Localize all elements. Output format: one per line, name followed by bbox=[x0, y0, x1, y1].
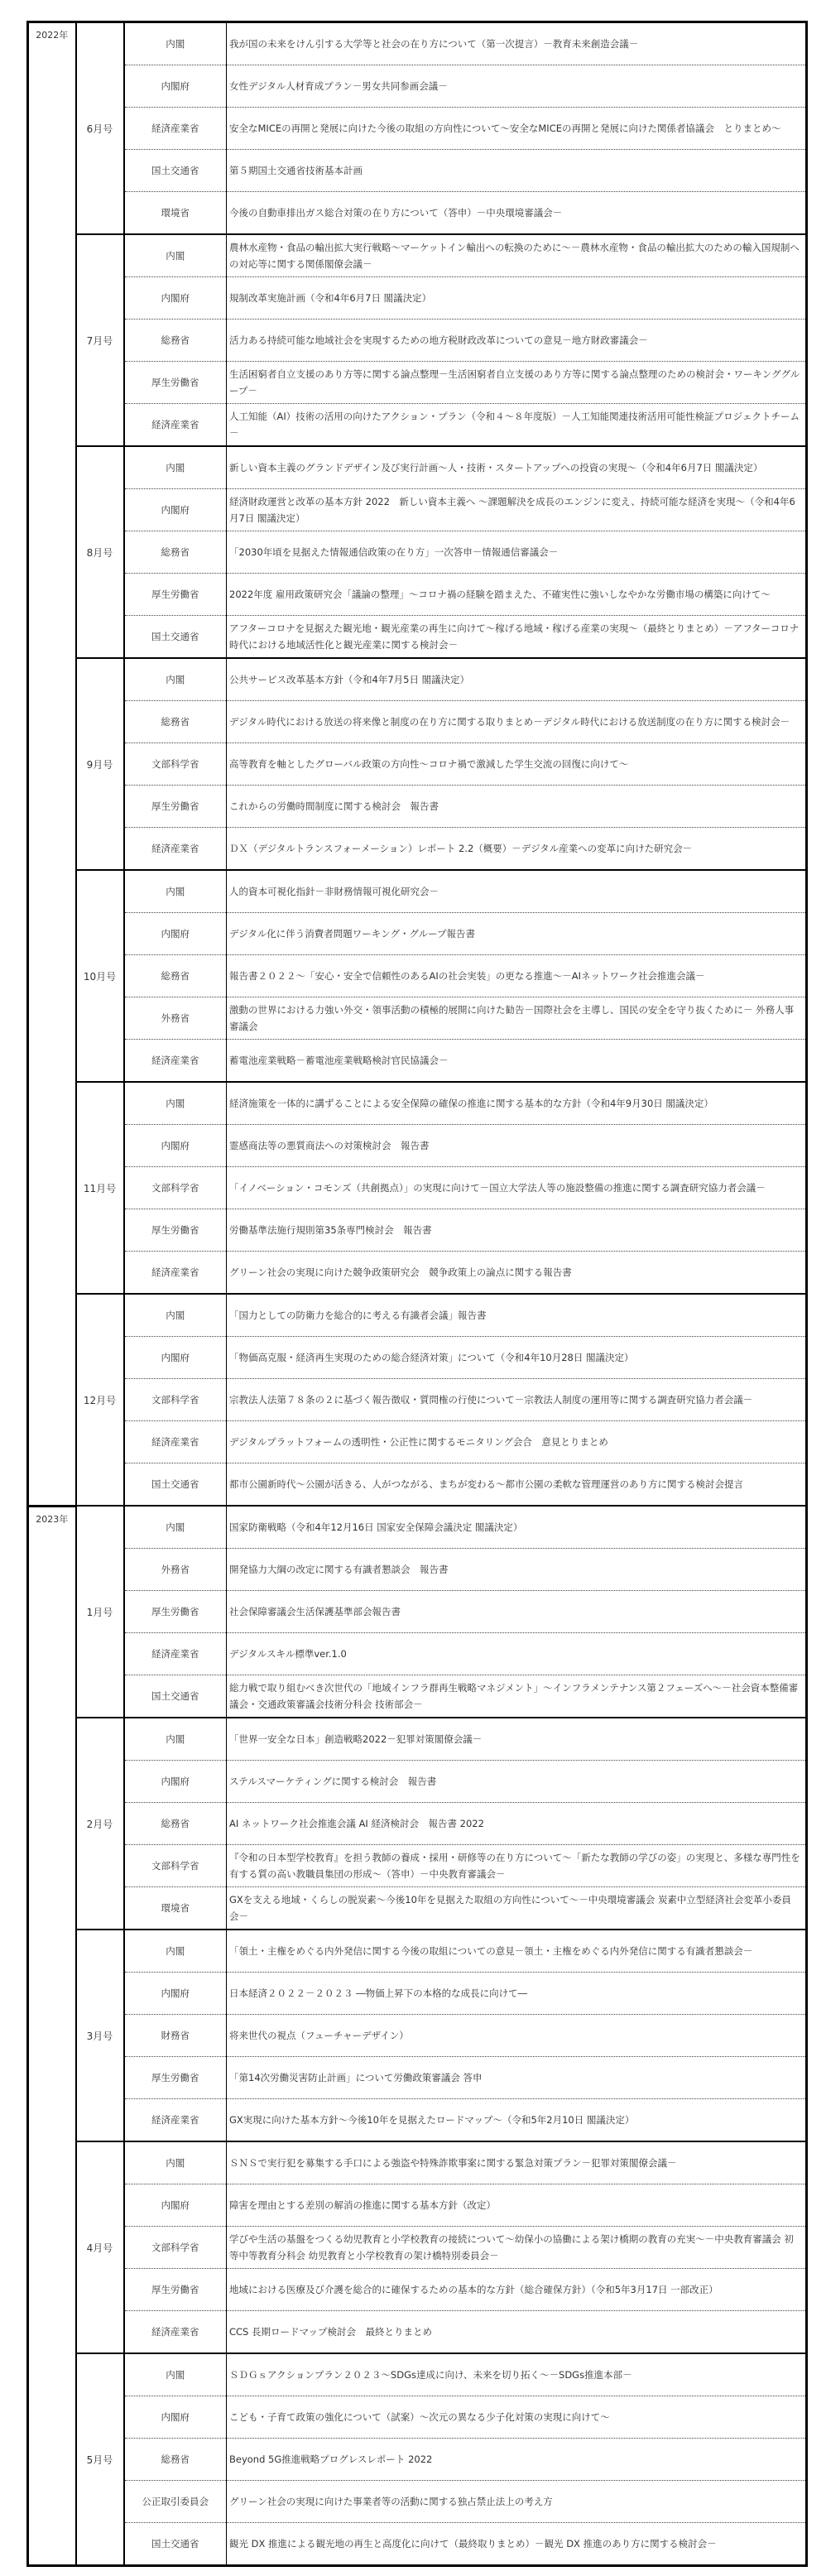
document-title: 総力戦で取り組むべき次世代の「地域インフラ群再生戦略マネジメント」～インフラメン… bbox=[227, 1675, 807, 1718]
agency-name: 総務省 bbox=[124, 531, 227, 574]
document-title: Beyond 5G推進戦略プログレスレポート 2022 bbox=[227, 2439, 807, 2481]
agency-name: 厚生労働省 bbox=[124, 2057, 227, 2099]
agency-name: 公正取引委員会 bbox=[124, 2481, 227, 2523]
agency-name: 外務省 bbox=[124, 1549, 227, 1591]
table-row: 総務省Beyond 5G推進戦略プログレスレポート 2022 bbox=[28, 2439, 807, 2481]
agency-name: 経済産業省 bbox=[124, 1421, 227, 1463]
table-row: 文部科学省「イノベーション・コモンズ（共創拠点）」の実現に向けて－国立大学法人等… bbox=[28, 1167, 807, 1209]
document-title: 霊感商法等の悪質商法への対策検討会 報告書 bbox=[227, 1125, 807, 1167]
table-row: 文部科学省『令和の日本型学校教育』を担う教師の養成・採用・研修等の在り方について… bbox=[28, 1845, 807, 1887]
document-title: 安全なMICEの再開と発展に向けた今後の取組の方向性について～安全なMICEの再… bbox=[227, 108, 807, 150]
table-row: 5月号内閣ＳＤＧｓアクションプラン２０２３～SDGs達成に向け、未来を切り拓く～… bbox=[28, 2353, 807, 2396]
table-row: 文部科学省学びや生活の基盤をつくる幼児教育と小学校教育の接続について～幼保小の協… bbox=[28, 2227, 807, 2269]
agency-name: 文部科学省 bbox=[124, 1845, 227, 1887]
table-row: 8月号内閣新しい資本主義のグランドデザイン及び実行計画～人・技術・スタートアップ… bbox=[28, 446, 807, 489]
table-row: 総務省AI ネットワーク社会推進会議 AI 経済検討会 報告書 2022 bbox=[28, 1803, 807, 1845]
agency-name: 総務省 bbox=[124, 1803, 227, 1845]
table-row: 文部科学省高等教育を軸としたグローバル政策の方向性～コロナ禍で激減した学生交流の… bbox=[28, 743, 807, 786]
table-row: 4月号内閣ＳＮＳで実行犯を募集する手口による強盗や特殊詐欺事案に関する緊急対策プ… bbox=[28, 2141, 807, 2184]
table-row: 公正取引委員会グリーン社会の実現に向けた事業者等の活動に関する独占禁止法上の考え… bbox=[28, 2481, 807, 2523]
agency-name: 厚生労働省 bbox=[124, 362, 227, 404]
agency-name: 内閣府 bbox=[124, 1973, 227, 2015]
document-title: 活力ある持続可能な地域社会を実現するための地方税財政改革についての意見－地方財政… bbox=[227, 320, 807, 362]
document-title: 公共サービス改革基本方針（令和4年7月5日 閣議決定） bbox=[227, 658, 807, 701]
agency-name: 厚生労働省 bbox=[124, 786, 227, 828]
table-row: 11月号内閣経済施策を一体的に講ずることによる安全保障の確保の推進に関する基本的… bbox=[28, 1082, 807, 1125]
agency-name: 内閣 bbox=[124, 870, 227, 913]
document-title: 開発協力大綱の改定に関する有識者懇談会 報告書 bbox=[227, 1549, 807, 1591]
agency-name: 厚生労働省 bbox=[124, 574, 227, 616]
year-label: 2023年 bbox=[28, 1506, 76, 2566]
table-row: 外務省激動の世界における力強い外交・領事活動の積極的展開に向けた勧告－国際社会を… bbox=[28, 997, 807, 1040]
month-issue-label: 12月号 bbox=[76, 1294, 124, 1506]
month-issue-label: 9月号 bbox=[76, 658, 124, 870]
table-row: 国土交通省総力戦で取り組むべき次世代の「地域インフラ群再生戦略マネジメント」～イ… bbox=[28, 1675, 807, 1718]
table-row: 環境省GXを支える地域・くらしの脱炭素～今後10年を見据えた取組の方向性について… bbox=[28, 1887, 807, 1930]
table-row: 経済産業省人工知能（AI）技術の活用の向けたアクション・プラン（令和４～８年度版… bbox=[28, 404, 807, 447]
table-row: 内閣府霊感商法等の悪質商法への対策検討会 報告書 bbox=[28, 1125, 807, 1167]
document-title: 蓄電池産業戦略－蓄電池産業戦略検討官民協議会－ bbox=[227, 1040, 807, 1083]
document-title: 日本経済２０２２－２０２３ ―物価上昇下の本格的な成長に向けて― bbox=[227, 1973, 807, 2015]
agency-name: 総務省 bbox=[124, 2439, 227, 2481]
table-row: 経済産業省ＤＸ（デジタルトランスフォーメーション）レポート 2.2（概要）－デジ… bbox=[28, 828, 807, 871]
month-issue-label: 4月号 bbox=[76, 2141, 124, 2353]
agency-name: 内閣府 bbox=[124, 277, 227, 320]
agency-name: 総務省 bbox=[124, 701, 227, 743]
agency-name: 経済産業省 bbox=[124, 1633, 227, 1675]
agency-name: 内閣 bbox=[124, 1294, 227, 1337]
month-issue-label: 2月号 bbox=[76, 1718, 124, 1930]
agency-name: 経済産業省 bbox=[124, 828, 227, 871]
document-title: 「国力としての防衛力を総合的に考える有識者会議」報告書 bbox=[227, 1294, 807, 1337]
agency-name: 厚生労働省 bbox=[124, 1209, 227, 1252]
table-row: 経済産業省GX実現に向けた基本方針～今後10年を見据えたロードマップ～（令和5年… bbox=[28, 2099, 807, 2142]
table-row: 国土交通省第５期国土交通省技術基本計画 bbox=[28, 150, 807, 192]
table-row: 経済産業省デジタルプラットフォームの透明性・公正性に関するモニタリング会合 意見… bbox=[28, 1421, 807, 1463]
table-row: 内閣府障害を理由とする差別の解消の推進に関する基本方針（改定） bbox=[28, 2184, 807, 2227]
table-row: 文部科学省宗教法人法第７８条の２に基づく報告徴収・質問権の行使について－宗教法人… bbox=[28, 1379, 807, 1421]
document-title: 『令和の日本型学校教育』を担う教師の養成・採用・研修等の在り方について～「新たな… bbox=[227, 1845, 807, 1887]
agency-name: 内閣 bbox=[124, 1930, 227, 1973]
document-title: 社会保障審議会生活保護基準部会報告書 bbox=[227, 1591, 807, 1633]
document-title: こども・子育て政策の強化について（試案）～次元の異なる少子化対策の実現に向けて～ bbox=[227, 2396, 807, 2439]
table-row: 10月号内閣人的資本可視化指針－非財務情報可視化研究会－ bbox=[28, 870, 807, 913]
month-issue-label: 1月号 bbox=[76, 1506, 124, 1718]
document-title: 規制改革実施計画（令和4年6月7日 閣議決定） bbox=[227, 277, 807, 320]
document-title: GXを支える地域・くらしの脱炭素～今後10年を見据えた取組の方向性について～－中… bbox=[227, 1887, 807, 1930]
table-row: 国土交通省アフターコロナを見据えた観光地・観光産業の再生に向けて～稼げる地域・稼… bbox=[28, 616, 807, 659]
document-title: 「物価高克服・経済再生実現のための総合経済対策」について（令和4年10月28日 … bbox=[227, 1337, 807, 1379]
agency-name: 内閣府 bbox=[124, 1761, 227, 1803]
table-row: 内閣府こども・子育て政策の強化について（試案）～次元の異なる少子化対策の実現に向… bbox=[28, 2396, 807, 2439]
agency-name: 国土交通省 bbox=[124, 150, 227, 192]
month-issue-label: 6月号 bbox=[76, 22, 124, 235]
month-issue-label: 3月号 bbox=[76, 1930, 124, 2141]
table-row: 総務省デジタル時代における放送の将来像と制度の在り方に関する取りまとめ－デジタル… bbox=[28, 701, 807, 743]
document-title: 激動の世界における力強い外交・領事活動の積極的展開に向けた勧告－国際社会を主導し… bbox=[227, 997, 807, 1040]
agency-name: 財務省 bbox=[124, 2015, 227, 2057]
table-row: 国土交通省観光 DX 推進による観光地の再生と高度化に向けて（最終取りまとめ）－… bbox=[28, 2523, 807, 2566]
agency-name: 内閣 bbox=[124, 446, 227, 489]
agency-name: 内閣 bbox=[124, 1082, 227, 1125]
document-title: グリーン社会の実現に向けた事業者等の活動に関する独占禁止法上の考え方 bbox=[227, 2481, 807, 2523]
document-title: ＳＤＧｓアクションプラン２０２３～SDGs達成に向け、未来を切り拓く～－SDGs… bbox=[227, 2353, 807, 2396]
document-title: 観光 DX 推進による観光地の再生と高度化に向けて（最終取りまとめ）－観光 DX… bbox=[227, 2523, 807, 2566]
month-issue-label: 10月号 bbox=[76, 870, 124, 1082]
document-title: 生活困窮者自立支援のあり方等に関する論点整理－生活困窮者自立支援のあり方等に関す… bbox=[227, 362, 807, 404]
document-title: デジタル時代における放送の将来像と制度の在り方に関する取りまとめ－デジタル時代に… bbox=[227, 701, 807, 743]
agency-name: 文部科学省 bbox=[124, 1379, 227, 1421]
table-row: 経済産業省グリーン社会の実現に向けた競争政策研究会 競争政策上の論点に関する報告… bbox=[28, 1252, 807, 1295]
agency-name: 内閣府 bbox=[124, 2184, 227, 2227]
document-title: 女性デジタル人材育成プラン－男女共同参画会議－ bbox=[227, 65, 807, 108]
table-row: 総務省「2030年頃を見据えた情報通信政策の在り方」一次答申－情報通信審議会－ bbox=[28, 531, 807, 574]
document-title: 「イノベーション・コモンズ（共創拠点）」の実現に向けて－国立大学法人等の施設整備… bbox=[227, 1167, 807, 1209]
table-row: 総務省報告書２０２２～「安心・安全で信頼性のあるAIの社会実装」の更なる推進～－… bbox=[28, 955, 807, 997]
agency-name: 文部科学省 bbox=[124, 743, 227, 786]
document-title: ステルスマーケティングに関する検討会 報告書 bbox=[227, 1761, 807, 1803]
document-title: デジタルプラットフォームの透明性・公正性に関するモニタリング会合 意見とりまとめ bbox=[227, 1421, 807, 1463]
table-row: 内閣府日本経済２０２２－２０２３ ―物価上昇下の本格的な成長に向けて― bbox=[28, 1973, 807, 2015]
agency-name: 総務省 bbox=[124, 955, 227, 997]
document-title: アフターコロナを見据えた観光地・観光産業の再生に向けて～稼げる地域・稼げる産業の… bbox=[227, 616, 807, 659]
document-title: 第５期国土交通省技術基本計画 bbox=[227, 150, 807, 192]
document-title: 「第14次労働災害防止計画」について労働政策審議会 答申 bbox=[227, 2057, 807, 2099]
document-title: 農林水産物・食品の輸出拡大実行戦略～マーケットイン輸出への転換のために～－農林水… bbox=[227, 234, 807, 277]
table-row: 経済産業省安全なMICEの再開と発展に向けた今後の取組の方向性について～安全なM… bbox=[28, 108, 807, 150]
agency-name: 経済産業省 bbox=[124, 108, 227, 150]
document-title: デジタルスキル標準ver.1.0 bbox=[227, 1633, 807, 1675]
document-title: CCS 長期ロードマップ検討会 最終とりまとめ bbox=[227, 2311, 807, 2354]
document-title: 人的資本可視化指針－非財務情報可視化研究会－ bbox=[227, 870, 807, 913]
month-issue-label: 5月号 bbox=[76, 2353, 124, 2566]
table-row: 内閣府「物価高克服・経済再生実現のための総合経済対策」について（令和4年10月2… bbox=[28, 1337, 807, 1379]
agency-name: 経済産業省 bbox=[124, 1040, 227, 1083]
table-row: 環境省今後の自動車排出ガス総合対策の在り方について（答申）－中央環境審議会－ bbox=[28, 192, 807, 235]
agency-name: 文部科学省 bbox=[124, 2227, 227, 2269]
agency-name: 総務省 bbox=[124, 320, 227, 362]
table-row: 内閣府ステルスマーケティングに関する検討会 報告書 bbox=[28, 1761, 807, 1803]
document-title: 高等教育を軸としたグローバル政策の方向性～コロナ禍で激減した学生交流の回復に向け… bbox=[227, 743, 807, 786]
table-row: 厚生労働省2022年度 雇用政策研究会「議論の整理」～コロナ禍の経験を踏まえた、… bbox=[28, 574, 807, 616]
agency-name: 内閣 bbox=[124, 2353, 227, 2396]
agency-name: 経済産業省 bbox=[124, 2099, 227, 2142]
agency-name: 内閣府 bbox=[124, 2396, 227, 2439]
table-row: 総務省活力ある持続可能な地域社会を実現するための地方税財政改革についての意見－地… bbox=[28, 320, 807, 362]
agency-name: 外務省 bbox=[124, 997, 227, 1040]
agency-name: 国土交通省 bbox=[124, 2523, 227, 2566]
document-title: 我が国の未来をけん引する大学等と社会の在り方について（第一次提言）－教育未来創造… bbox=[227, 22, 807, 65]
document-title: これからの労働時間制度に関する検討会 報告書 bbox=[227, 786, 807, 828]
agency-name: 内閣 bbox=[124, 22, 227, 65]
table-row: 3月号内閣「領土・主権をめぐる内外発信に関する今後の取組についての意見－領土・主… bbox=[28, 1930, 807, 1973]
document-title: 報告書２０２２～「安心・安全で信頼性のあるAIの社会実装」の更なる推進～－AIネ… bbox=[227, 955, 807, 997]
agency-name: 経済産業省 bbox=[124, 1252, 227, 1295]
agency-name: 経済産業省 bbox=[124, 404, 227, 447]
table-row: 9月号内閣公共サービス改革基本方針（令和4年7月5日 閣議決定） bbox=[28, 658, 807, 701]
table-row: 経済産業省デジタルスキル標準ver.1.0 bbox=[28, 1633, 807, 1675]
table-row: 経済産業省CCS 長期ロードマップ検討会 最終とりまとめ bbox=[28, 2311, 807, 2354]
document-title: グリーン社会の実現に向けた競争政策研究会 競争政策上の論点に関する報告書 bbox=[227, 1252, 807, 1295]
document-title: 経済施策を一体的に講ずることによる安全保障の確保の推進に関する基本的な方針（令和… bbox=[227, 1082, 807, 1125]
agency-name: 国土交通省 bbox=[124, 1463, 227, 1507]
table-row: 厚生労働省生活困窮者自立支援のあり方等に関する論点整理－生活困窮者自立支援のあり… bbox=[28, 362, 807, 404]
document-title: 宗教法人法第７８条の２に基づく報告徴収・質問権の行使について－宗教法人制度の運用… bbox=[227, 1379, 807, 1421]
document-title: 「2030年頃を見据えた情報通信政策の在り方」一次答申－情報通信審議会－ bbox=[227, 531, 807, 574]
table-row: 厚生労働省社会保障審議会生活保護基準部会報告書 bbox=[28, 1591, 807, 1633]
agency-name: 内閣 bbox=[124, 234, 227, 277]
table-row: 内閣府女性デジタル人材育成プラン－男女共同参画会議－ bbox=[28, 65, 807, 108]
document-title: 「領土・主権をめぐる内外発信に関する今後の取組についての意見－領土・主権をめぐる… bbox=[227, 1930, 807, 1973]
document-title: 国家防衛戦略（令和4年12月16日 国家安全保障会議決定 閣議決定） bbox=[227, 1506, 807, 1549]
document-title: 将来世代の視点（フューチャーデザイン） bbox=[227, 2015, 807, 2057]
document-title: 都市公園新時代～公園が活きる、人がつながる、まちが変わる～都市公園の柔軟な管理運… bbox=[227, 1463, 807, 1507]
document-title: 人工知能（AI）技術の活用の向けたアクション・プラン（令和４～８年度版）－人工知… bbox=[227, 404, 807, 447]
agency-name: 内閣 bbox=[124, 658, 227, 701]
agency-name: 内閣府 bbox=[124, 1125, 227, 1167]
table-row: 財務省将来世代の視点（フューチャーデザイン） bbox=[28, 2015, 807, 2057]
agency-name: 内閣 bbox=[124, 1718, 227, 1761]
document-title: 学びや生活の基盤をつくる幼児教育と小学校教育の接続について～幼保小の協働による架… bbox=[227, 2227, 807, 2269]
agency-name: 内閣 bbox=[124, 1506, 227, 1549]
table-row: 厚生労働省「第14次労働災害防止計画」について労働政策審議会 答申 bbox=[28, 2057, 807, 2099]
table-row: 内閣府経済財政運営と改革の基本方針 2022 新しい資本主義へ ～課題解決を成長… bbox=[28, 489, 807, 531]
document-title: ＤＸ（デジタルトランスフォーメーション）レポート 2.2（概要）－デジタル産業へ… bbox=[227, 828, 807, 871]
document-title: 労働基準法施行規則第35条専門検討会 報告書 bbox=[227, 1209, 807, 1252]
table-row: 外務省開発協力大綱の改定に関する有識者懇談会 報告書 bbox=[28, 1549, 807, 1591]
agency-name: 文部科学省 bbox=[124, 1167, 227, 1209]
document-title: 今後の自動車排出ガス総合対策の在り方について（答申）－中央環境審議会－ bbox=[227, 192, 807, 235]
agency-name: 内閣府 bbox=[124, 1337, 227, 1379]
agency-name: 内閣府 bbox=[124, 913, 227, 955]
table-row: 厚生労働省地域における医療及び介護を総合的に確保するための基本的な方針（総合確保… bbox=[28, 2269, 807, 2311]
table-row: 2月号内閣「世界一安全な日本」創造戦略2022－犯罪対策閣僚会議－ bbox=[28, 1718, 807, 1761]
table-body: 2022年6月号内閣我が国の未来をけん引する大学等と社会の在り方について（第一次… bbox=[28, 22, 807, 2566]
table-row: 経済産業省蓄電池産業戦略－蓄電池産業戦略検討官民協議会－ bbox=[28, 1040, 807, 1083]
document-title: デジタル化に伴う消費者問題ワーキング・グループ報告書 bbox=[227, 913, 807, 955]
document-title: 障害を理由とする差別の解消の推進に関する基本方針（改定） bbox=[227, 2184, 807, 2227]
agency-name: 内閣府 bbox=[124, 65, 227, 108]
table-row: 2022年6月号内閣我が国の未来をけん引する大学等と社会の在り方について（第一次… bbox=[28, 22, 807, 65]
agency-name: 環境省 bbox=[124, 1887, 227, 1930]
table-row: 内閣府規制改革実施計画（令和4年6月7日 閣議決定） bbox=[28, 277, 807, 320]
document-title: 経済財政運営と改革の基本方針 2022 新しい資本主義へ ～課題解決を成長のエン… bbox=[227, 489, 807, 531]
document-title: ＳＮＳで実行犯を募集する手口による強盗や特殊詐欺事案に関する緊急対策プラン－犯罪… bbox=[227, 2141, 807, 2184]
agency-name: 内閣 bbox=[124, 2141, 227, 2184]
table-row: 厚生労働省労働基準法施行規則第35条専門検討会 報告書 bbox=[28, 1209, 807, 1252]
agency-name: 環境省 bbox=[124, 192, 227, 235]
table-row: 2023年1月号内閣国家防衛戦略（令和4年12月16日 国家安全保障会議決定 閣… bbox=[28, 1506, 807, 1549]
table-row: 内閣府デジタル化に伴う消費者問題ワーキング・グループ報告書 bbox=[28, 913, 807, 955]
document-title: 「世界一安全な日本」創造戦略2022－犯罪対策閣僚会議－ bbox=[227, 1718, 807, 1761]
agency-name: 国土交通省 bbox=[124, 1675, 227, 1718]
agency-name: 厚生労働省 bbox=[124, 1591, 227, 1633]
document-title: AI ネットワーク社会推進会議 AI 経済検討会 報告書 2022 bbox=[227, 1803, 807, 1845]
agency-name: 国土交通省 bbox=[124, 616, 227, 659]
document-title: GX実現に向けた基本方針～今後10年を見据えたロードマップ～（令和5年2月10日… bbox=[227, 2099, 807, 2142]
table-row: 12月号内閣「国力としての防衛力を総合的に考える有識者会議」報告書 bbox=[28, 1294, 807, 1337]
agency-name: 内閣府 bbox=[124, 489, 227, 531]
document-title: 2022年度 雇用政策研究会「議論の整理」～コロナ禍の経験を踏まえた、不確実性に… bbox=[227, 574, 807, 616]
agency-name: 経済産業省 bbox=[124, 2311, 227, 2354]
month-issue-label: 8月号 bbox=[76, 446, 124, 658]
year-label: 2022年 bbox=[28, 22, 76, 1507]
month-issue-label: 7月号 bbox=[76, 234, 124, 446]
table-row: 国土交通省都市公園新時代～公園が活きる、人がつながる、まちが変わる～都市公園の柔… bbox=[28, 1463, 807, 1507]
month-issue-label: 11月号 bbox=[76, 1082, 124, 1294]
document-title: 地域における医療及び介護を総合的に確保するための基本的な方針（総合確保方針）（令… bbox=[227, 2269, 807, 2311]
document-title: 新しい資本主義のグランドデザイン及び実行計画～人・技術・スタートアップへの投資の… bbox=[227, 446, 807, 489]
agency-name: 厚生労働省 bbox=[124, 2269, 227, 2311]
table-row: 厚生労働省これからの労働時間制度に関する検討会 報告書 bbox=[28, 786, 807, 828]
table-row: 7月号内閣農林水産物・食品の輸出拡大実行戦略～マーケットイン輸出への転換のために… bbox=[28, 234, 807, 277]
publication-index-table: 2022年6月号内閣我が国の未来をけん引する大学等と社会の在り方について（第一次… bbox=[26, 21, 808, 2567]
